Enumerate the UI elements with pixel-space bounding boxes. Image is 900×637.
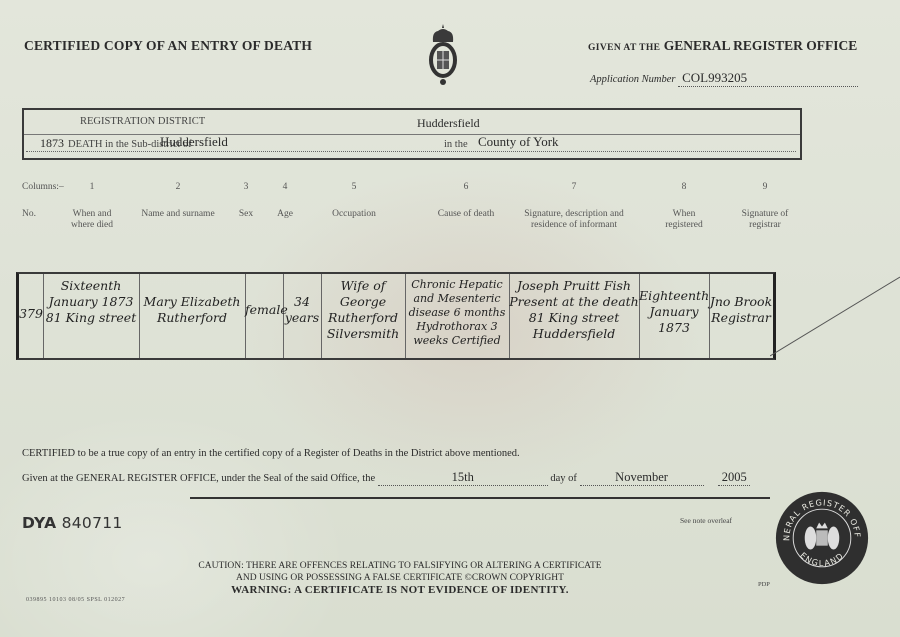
column-header: Occupation xyxy=(314,209,394,220)
issue-year: 2005 xyxy=(718,470,750,486)
royal-crest-icon xyxy=(428,22,458,88)
column-header: Name and surname xyxy=(128,209,228,220)
identity-warning: WARNING: A CERTIFICATE IS NOT EVIDENCE O… xyxy=(150,584,650,596)
entry-when-registered: Eighteenth January 1873 xyxy=(639,274,710,358)
application-number-field: Application Number COL993205 xyxy=(590,70,858,87)
registration-district-label: REGISTRATION DISTRICT xyxy=(80,116,205,127)
issue-date-line: Given at the GENERAL REGISTER OFFICE, un… xyxy=(22,470,750,486)
issuing-office: GIVEN AT THE GENERAL REGISTER OFFICE xyxy=(588,38,857,54)
column-header: Sex xyxy=(231,209,261,220)
pdp-mark: PDP xyxy=(758,581,770,588)
entry-occupation: Wife of George Rutherford Silversmith xyxy=(321,274,406,358)
column-number: 2 xyxy=(158,182,198,192)
column-number: 1 xyxy=(72,182,112,192)
registration-year: 1873 xyxy=(40,136,64,151)
death-entry-row: 379 Sixteenth January 1873 81 King stree… xyxy=(16,272,776,360)
entry-age: 34 years xyxy=(283,274,322,358)
registration-box: REGISTRATION DISTRICT Huddersfield 1873 … xyxy=(22,108,802,160)
entry-name: Mary Elizabeth Rutherford xyxy=(139,274,246,358)
column-number: 6 xyxy=(446,182,486,192)
column-header: Signature of registrar xyxy=(735,209,795,231)
general-register-office-seal-icon: GENERAL REGISTER OFFICE ENGLAND xyxy=(774,490,870,586)
column-number: 8 xyxy=(664,182,704,192)
columns-label: Columns:– xyxy=(22,182,72,192)
column-header: Age xyxy=(270,209,300,220)
serial-number: 840711 xyxy=(62,514,123,532)
given-at-label: GIVEN AT THE xyxy=(588,43,660,53)
column-header: No. xyxy=(22,209,62,220)
divider xyxy=(190,497,770,499)
entry-registrar: Jno Brook Registrar xyxy=(709,274,773,358)
issue-day: 15th xyxy=(378,470,548,486)
entry-cause-of-death: Chronic Hepatic and Mesenteric disease 6… xyxy=(405,274,510,358)
sub-district-value: Huddersfield xyxy=(160,134,228,150)
issue-month: November xyxy=(580,470,704,486)
cancellation-diagonal-line xyxy=(770,272,900,362)
day-of-label: day of xyxy=(550,473,577,484)
certification-statement: CERTIFIED to be a true copy of an entry … xyxy=(22,448,520,459)
document-title: CERTIFIED COPY OF AN ENTRY OF DEATH xyxy=(24,38,312,54)
issue-line-prefix: Given at the GENERAL REGISTER OFFICE, un… xyxy=(22,473,375,484)
column-header: Cause of death xyxy=(426,209,506,220)
caution-line-2: AND USING OR POSSESSING A FALSE CERTIFIC… xyxy=(150,572,650,584)
column-header: When and where died xyxy=(62,209,122,231)
certificate-serial: DYA 840711 xyxy=(22,514,123,532)
column-number: 4 xyxy=(265,182,305,192)
column-header: Signature, description and residence of … xyxy=(509,209,639,231)
entry-sex: female xyxy=(245,274,284,358)
county-value: County of York xyxy=(478,134,559,150)
see-note-overleaf: See note overleaf xyxy=(680,516,732,525)
column-header: When registered xyxy=(654,209,714,231)
caution-line-1: CAUTION: THERE ARE OFFENCES RELATING TO … xyxy=(150,560,650,572)
registration-district-value: Huddersfield xyxy=(417,116,480,131)
entry-when-where: Sixteenth January 1873 81 King street xyxy=(43,274,140,358)
county-label: in the xyxy=(444,139,468,150)
serial-prefix: DYA xyxy=(22,514,56,532)
form-code: 039895 10103 08/05 SPSL 012027 xyxy=(26,597,125,603)
column-number: 5 xyxy=(334,182,374,192)
caution-notice: CAUTION: THERE ARE OFFENCES RELATING TO … xyxy=(150,560,650,584)
column-number: 3 xyxy=(226,182,266,192)
application-number-label: Application Number xyxy=(590,74,675,85)
entry-no: 379 xyxy=(19,274,44,358)
column-number: 9 xyxy=(745,182,785,192)
entry-informant: Joseph Pruitt Fish Present at the death … xyxy=(509,274,640,358)
column-number: 7 xyxy=(554,182,594,192)
application-number-value: COL993205 xyxy=(678,70,858,87)
office-name: GENERAL REGISTER OFFICE xyxy=(664,38,858,53)
